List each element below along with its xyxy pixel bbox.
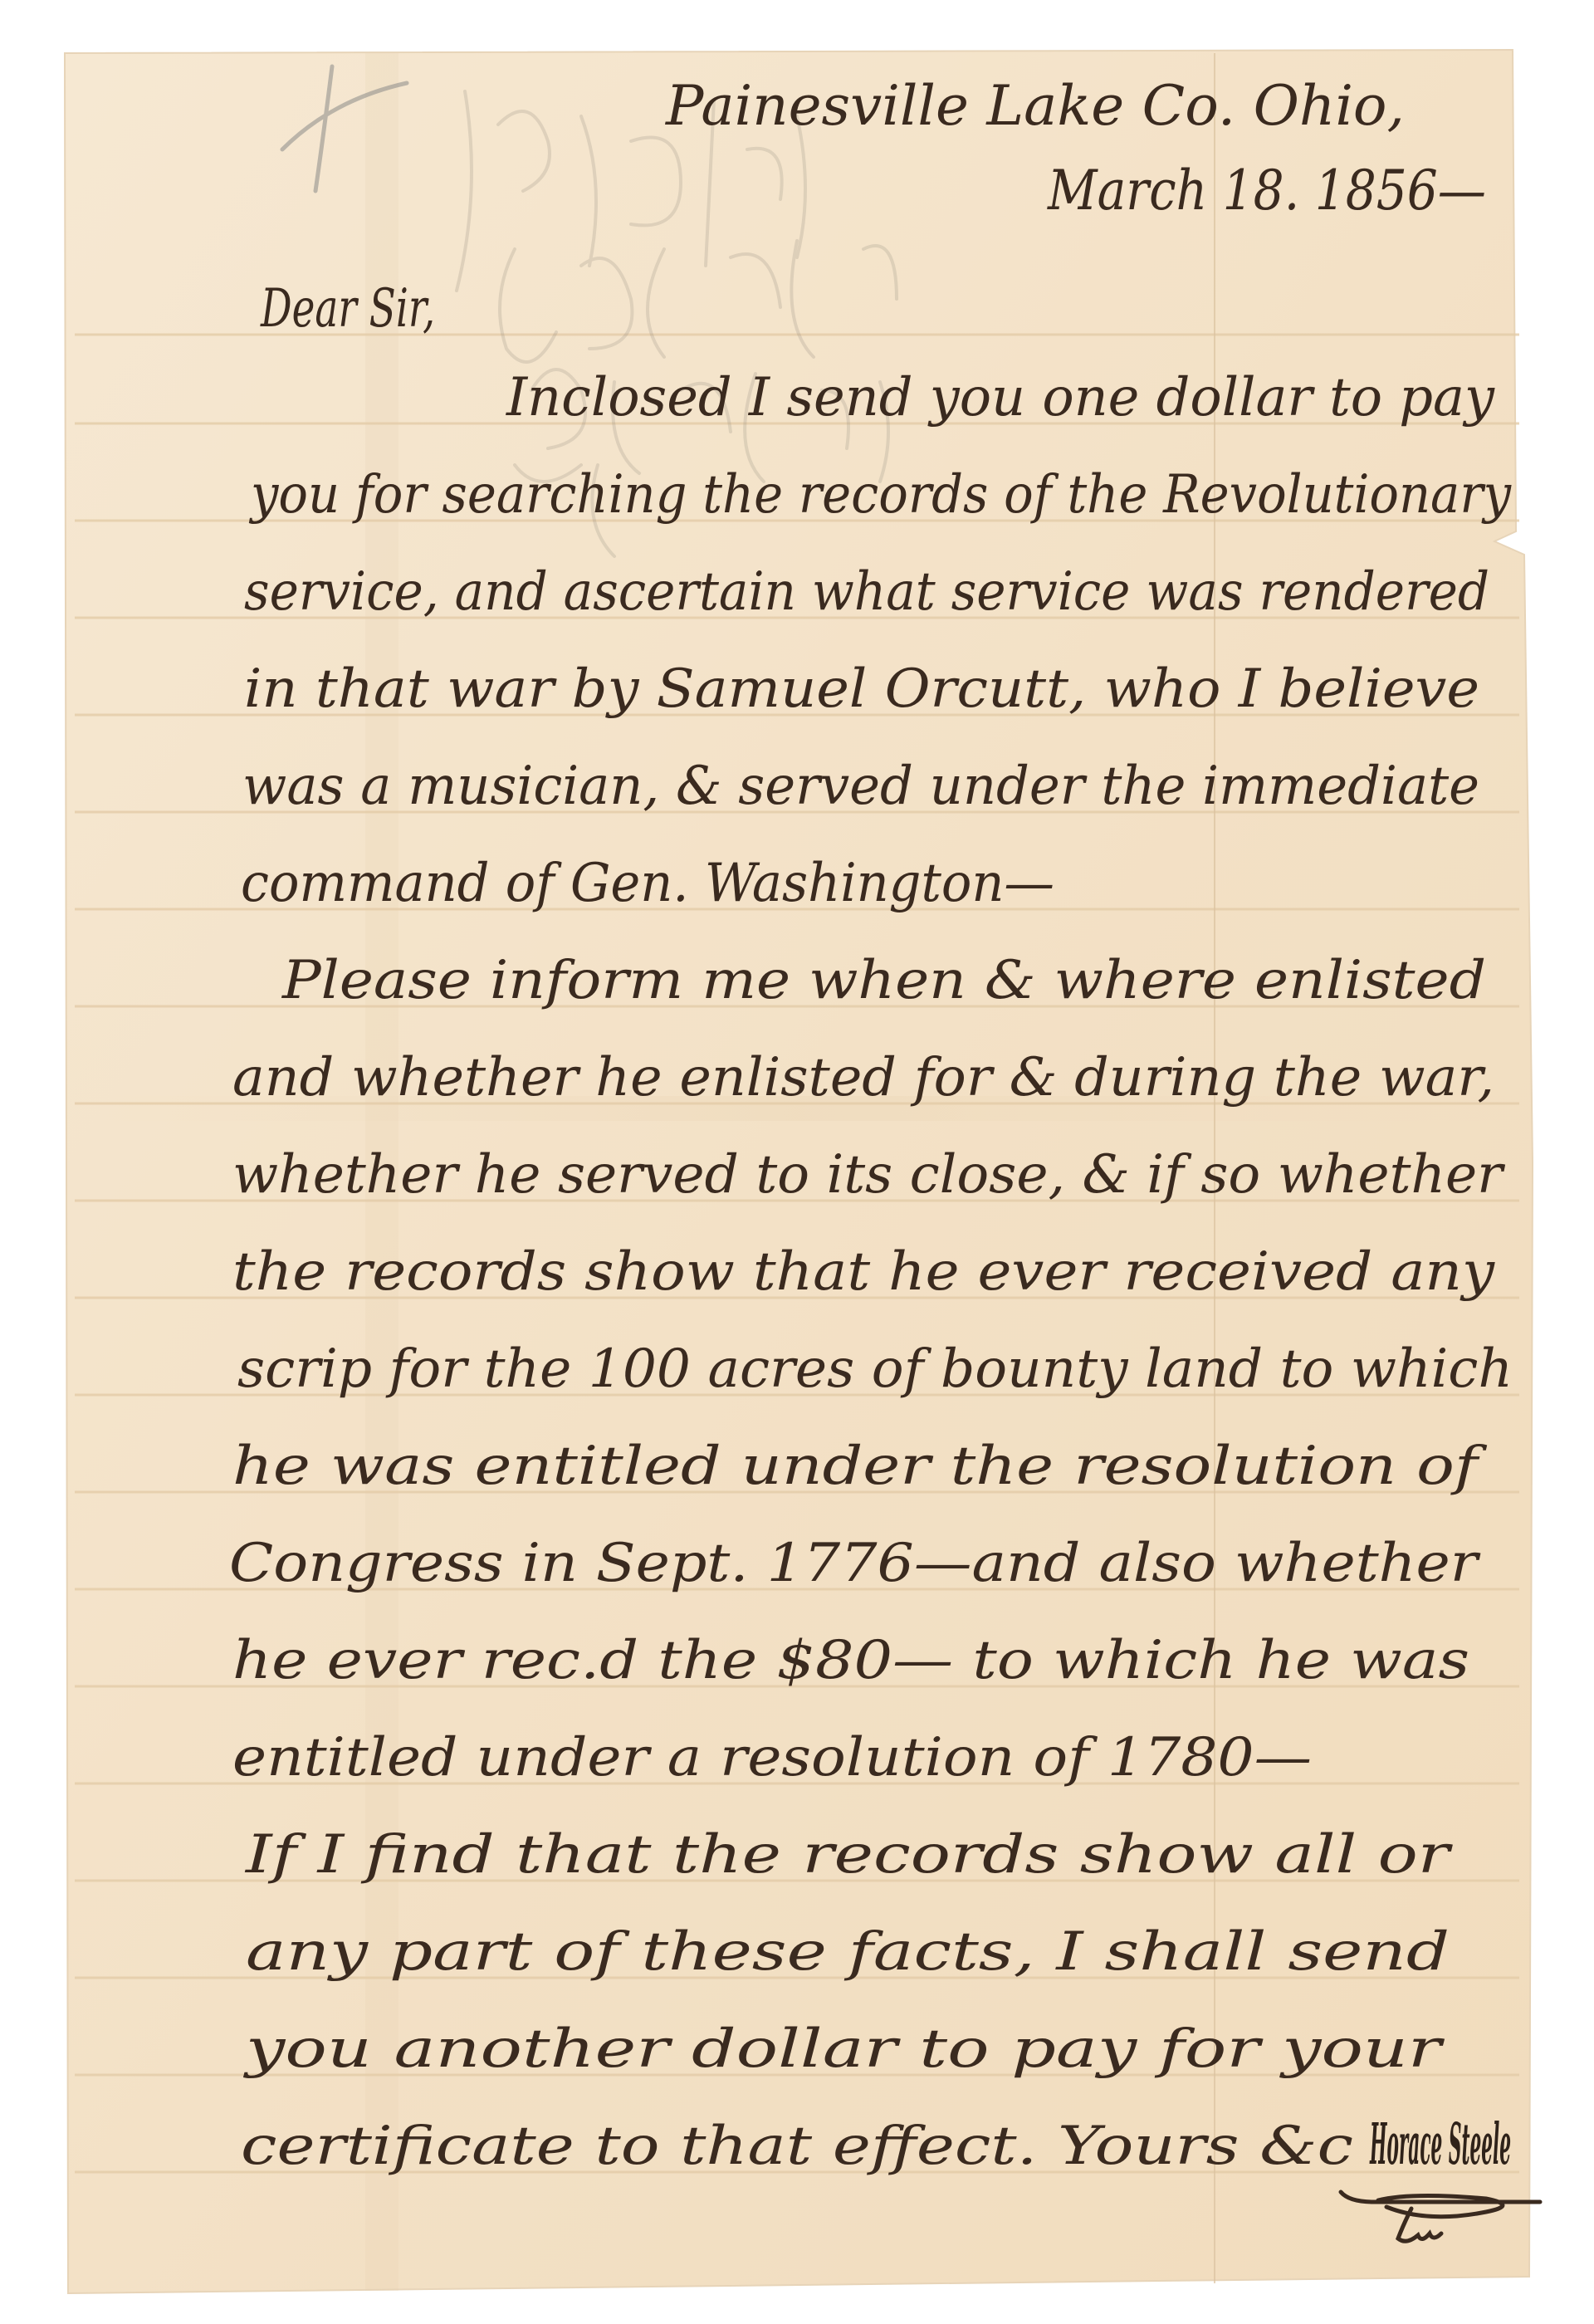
body-line-4: in that war by Samuel Orcutt, who I beli… — [244, 658, 1479, 720]
body-line-2: you for searching the records of the Rev… — [248, 464, 1512, 526]
signature: Horace Steele — [1369, 2111, 1511, 2178]
body-line-15: entitled under a resolution of 1780— — [232, 1727, 1312, 1788]
letter-page: Painesville Lake Co. Ohio, March 18. 185… — [0, 0, 1594, 2324]
body-line-10: the records show that he ever received a… — [232, 1241, 1495, 1303]
body-line-13: Congress in Sept. 1776—and also whether — [229, 1533, 1481, 1594]
body-line-8: and whether he enlisted for & during the… — [232, 1047, 1494, 1108]
body-line-16: If I find that the records show all or — [245, 1824, 1454, 1886]
heading-place: Painesville Lake Co. Ohio, — [665, 74, 1405, 138]
body-line-9: whether he served to its close, & if so … — [232, 1144, 1505, 1206]
body-line-11: scrip for the 100 acres of bounty land t… — [237, 1338, 1513, 1400]
body-line-1: Inclosed I send you one dollar to pay — [506, 367, 1495, 428]
salutation: Dear Sir, — [260, 278, 435, 340]
body-line-19: certificate to that effect. Yours &c — [241, 2116, 1353, 2177]
body-line-14: he ever rec.d the $80— to which he was — [232, 1630, 1469, 1691]
body-line-6: command of Gen. Washington— — [241, 853, 1054, 914]
heading-date: March 18. 1856— — [1047, 159, 1486, 223]
body-line-12: he was entitled under the resolution of — [232, 1436, 1488, 1497]
letter-canvas: Painesville Lake Co. Ohio, March 18. 185… — [0, 0, 1594, 2324]
body-line-5: was a musician, & served under the immed… — [242, 756, 1479, 817]
body-line-7: Please inform me when & where enlisted — [281, 950, 1486, 1011]
body-line-3: service, and ascertain what service was … — [244, 561, 1489, 623]
body-line-18: you another dollar to pay for your — [242, 2018, 1445, 2080]
body-line-17: any part of these facts, I shall send — [246, 1921, 1450, 1983]
